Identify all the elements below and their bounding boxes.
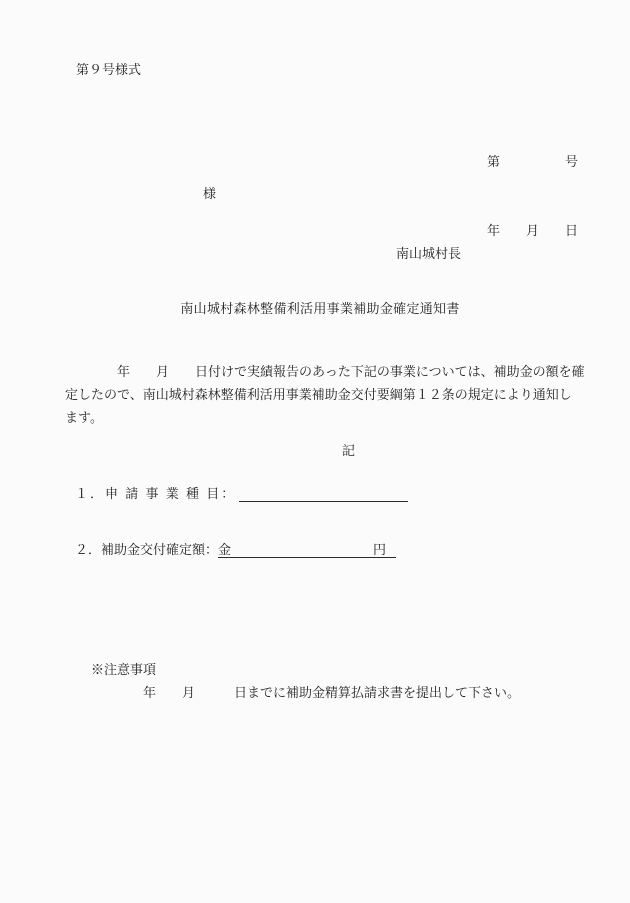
item-1-blank-field xyxy=(239,487,408,502)
record-marker: 記 xyxy=(342,443,355,459)
body-paragraph: 年 月 日付けで実績報告のあった下記の事業については、補助金の額を確 定したので… xyxy=(65,360,593,429)
form-code: 第９号様式 xyxy=(76,62,141,78)
date-line: 年 月 日 xyxy=(487,219,578,242)
addressee-honorific: 様 xyxy=(203,186,216,202)
item-2-label: ２．補助金交付確定額： xyxy=(75,542,218,558)
amount-unit: 円 xyxy=(373,542,386,557)
notes-heading: ※注意事項 xyxy=(91,662,156,678)
item-1-label: １．申 請 事 業 種 目： xyxy=(75,486,236,502)
doc-number-line: 第 号 xyxy=(487,150,578,173)
notes-deadline-line: 年 月 日までに補助金精算払請求書を提出して下さい。 xyxy=(143,685,520,701)
doc-number-date-block: 第 号 年 月 日 xyxy=(487,104,578,288)
item-2-amount-field: 金 円 xyxy=(218,542,396,558)
document-page: 第９号様式 第 号 年 月 日 様 南山城村長 南山城村森林整備利活用事業補助金… xyxy=(0,0,630,903)
amount-prefix: 金 xyxy=(218,542,231,557)
sender-name: 南山城村長 xyxy=(396,246,461,262)
document-title: 南山城村森林整備利活用事業補助金確定通知書 xyxy=(20,301,620,317)
item-application-type: １．申 請 事 業 種 目： xyxy=(75,486,408,502)
item-grant-amount: ２．補助金交付確定額： 金 円 xyxy=(75,542,396,558)
